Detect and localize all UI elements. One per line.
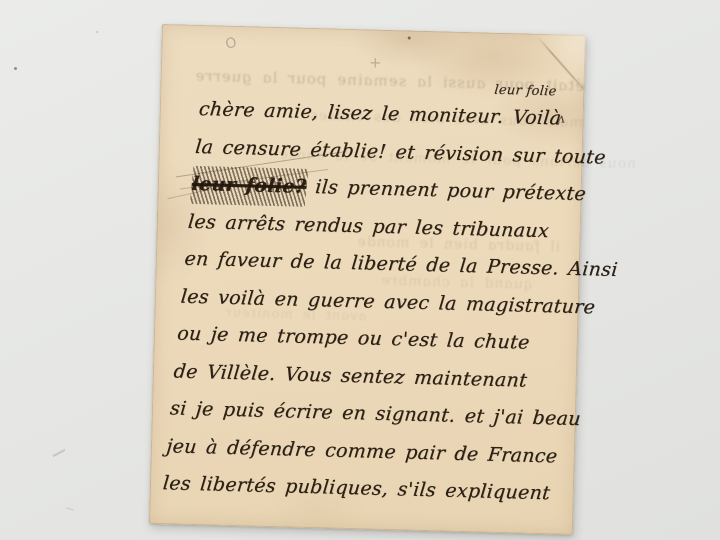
ink-speck: [408, 36, 411, 39]
struck-words: leur folie?: [190, 166, 308, 206]
pencil-o-mark: O: [224, 35, 238, 53]
dust-speck: [14, 67, 17, 70]
photo-of-letter: était pour aussi la semaine pour la guer…: [0, 0, 720, 540]
dust-speck: [96, 31, 98, 33]
letter-line-text: ils prennent pour prétexte: [314, 176, 587, 205]
pencil-cross-mark: +: [369, 53, 382, 71]
letter-body: chère amie, lisez le moniteur. Voilà la …: [161, 91, 585, 513]
surface-smudge: [52, 449, 65, 457]
interlinear-insertion: leur folie: [494, 83, 558, 100]
surface-smudge: [66, 507, 74, 511]
letter-sheet: était pour aussi la semaine pour la guer…: [149, 24, 586, 535]
